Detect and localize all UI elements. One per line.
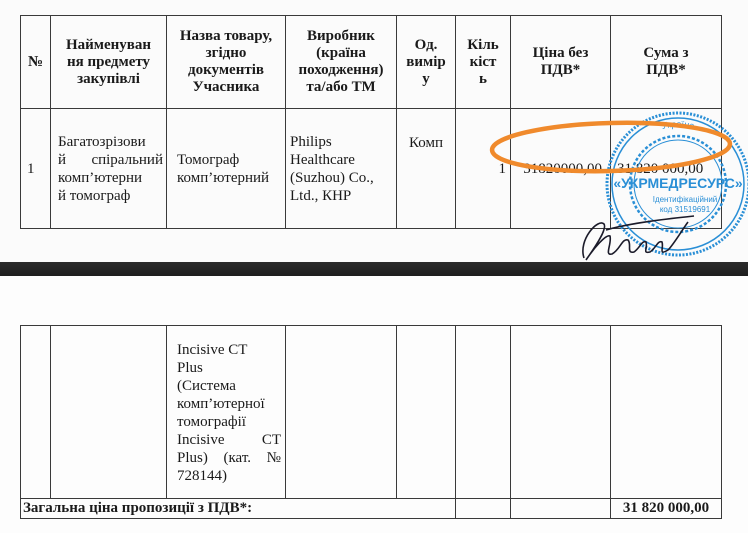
table-row-continuation: Incisive CT Plus (Система комп’ютерної т… bbox=[21, 326, 722, 499]
cell-manufacturer bbox=[286, 326, 397, 499]
word: № bbox=[267, 449, 281, 467]
cell-num: 1 bbox=[21, 109, 51, 229]
word: й bbox=[58, 151, 66, 169]
word: CT bbox=[262, 431, 281, 449]
cell-num bbox=[21, 326, 51, 499]
cell-quantity bbox=[456, 326, 511, 499]
cell-item-name bbox=[51, 326, 167, 499]
cell-unit bbox=[397, 326, 456, 499]
cell-manufacturer: Philips Healthcare (Suzhou) Co., Ltd., К… bbox=[286, 109, 397, 229]
cell-sum-with-vat: 31 820 000,00 bbox=[611, 109, 722, 229]
word: (кат. bbox=[224, 449, 252, 467]
word: Incisive bbox=[177, 431, 224, 449]
header-price-no-vat: Ціна без ПДВ* bbox=[511, 16, 611, 109]
justified-line: IncisiveCT bbox=[177, 431, 281, 449]
page-separator bbox=[0, 262, 748, 276]
table-row: 1 Багатозрізови йспіральний комп’ютерни … bbox=[21, 109, 722, 229]
total-label: Загальна ціна пропозиції з ПДВ*: bbox=[21, 499, 456, 519]
cell-price-no-vat: 31820000,00 bbox=[511, 109, 611, 229]
total-row: Загальна ціна пропозиції з ПДВ*: 31 820 … bbox=[21, 499, 722, 519]
justified-line: йспіральний bbox=[58, 151, 163, 169]
total-empty-price bbox=[511, 499, 611, 519]
cell-quantity: 1 bbox=[456, 109, 511, 229]
cell-sum-with-vat bbox=[611, 326, 722, 499]
header-quantity: Кіль кіст ь bbox=[456, 16, 511, 109]
header-num: № bbox=[21, 16, 51, 109]
total-value: 31 820 000,00 bbox=[611, 499, 722, 519]
procurement-table-continued: Incisive CT Plus (Система комп’ютерної т… bbox=[20, 325, 722, 519]
justified-line: Plus)(кат.№ bbox=[177, 449, 281, 467]
cell-product-name-continued: Incisive CT Plus (Система комп’ютерної т… bbox=[167, 326, 286, 499]
header-sum-with-vat: Сума з ПДВ* bbox=[611, 16, 722, 109]
word: Plus) bbox=[177, 449, 208, 467]
header-item-name: Найменуван ня предмету закупівлі bbox=[51, 16, 167, 109]
cell-price-no-vat bbox=[511, 326, 611, 499]
cell-unit: Комп bbox=[397, 109, 456, 229]
header-product-name: Назва товару, згідно документів Учасника bbox=[167, 16, 286, 109]
cell-product-name: Томограф комп’ютерний bbox=[167, 109, 286, 229]
word: спіральний bbox=[91, 151, 163, 169]
total-empty-qty bbox=[456, 499, 511, 519]
header-manufacturer: Виробник (країна походження) та/або ТМ bbox=[286, 16, 397, 109]
header-unit: Од. вимір у bbox=[397, 16, 456, 109]
cell-item-name: Багатозрізови йспіральний комп’ютерни й … bbox=[51, 109, 167, 229]
header-row: № Найменуван ня предмету закупівлі Назва… bbox=[21, 16, 722, 109]
procurement-table: № Найменуван ня предмету закупівлі Назва… bbox=[20, 15, 722, 229]
